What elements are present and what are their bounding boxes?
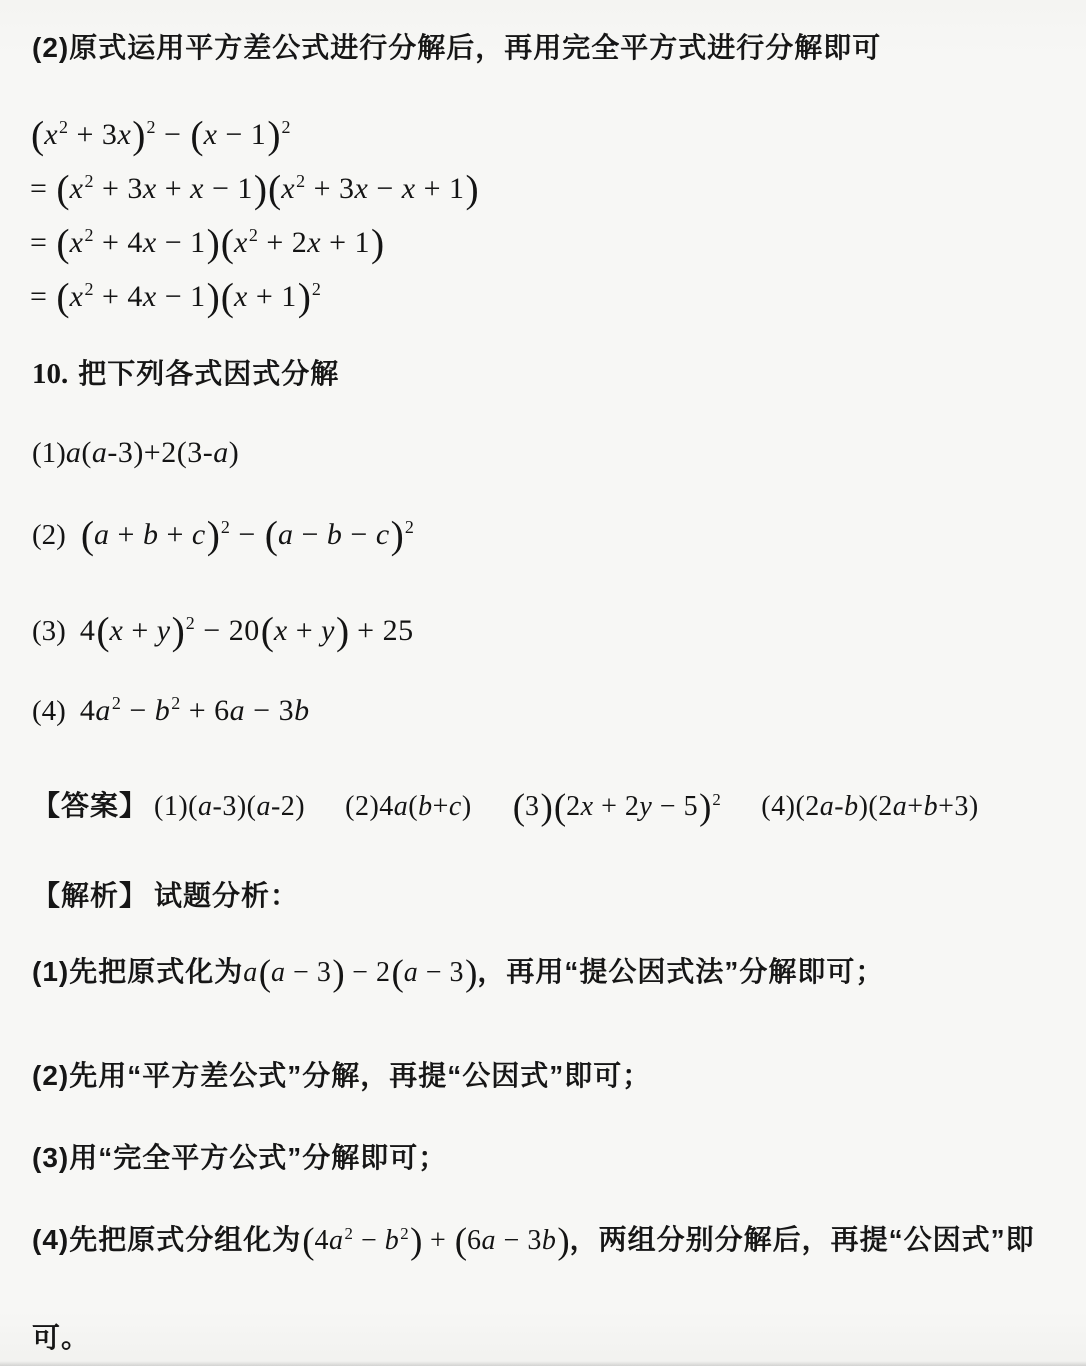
worksheet-page: (2)原式运用平方差公式进行分解后，再用完全平方式进行分解即可 (x2 + 3x…	[0, 0, 1086, 1366]
analysis1-text-post: ，再用“提公因式法”分解即可；	[477, 956, 884, 987]
analysis-line-2: (2)先用“平方差公式”分解，再提“公因式”即可；	[32, 1054, 651, 1094]
analysis4-text-post: ，两组分别分解后，再提“公因式”即	[570, 1224, 1035, 1255]
problem10-item-4: (4)4a2 − b2 + 6a − 3b	[32, 694, 310, 728]
answer-item-1: (1)(a-3)(a-2)	[154, 791, 305, 822]
analysis-line-4: (4)先把原式分组化为(4a2 − b2) + (6a − 3b)，两组分别分解…	[32, 1218, 1035, 1262]
analysis-line-1: (1)先把原式化为a(a − 3) − 2(a − 3)，再用“提公因式法”分解…	[32, 950, 884, 994]
analysis4-text-pre: (4)先把原式分组化为	[32, 1224, 301, 1255]
analysis-subtitle: 试题分析：	[154, 880, 299, 911]
page-bottom-edge	[0, 1361, 1086, 1366]
analysis-label: 【解析】	[32, 880, 148, 911]
problem10-title: 把下列各式因式分解	[78, 358, 339, 389]
solution2-step-2: = (x2 + 4x − 1)(x2 + 2x + 1)	[30, 220, 384, 266]
analysis4-math: (4a2 − b2) + (6a − 3b)	[301, 1225, 569, 1256]
item3-number: (3)	[32, 615, 66, 647]
answer-line: 【答案】(1)(a-3)(a-2)(2)4a(b+c)(3)(2x + 2y −…	[32, 784, 979, 828]
item2-number: (2)	[32, 519, 66, 551]
analysis-line-5: 可。	[32, 1316, 90, 1356]
solution2-step-3: = (x2 + 4x − 1)(x + 1)2	[30, 274, 321, 320]
problem10-item-2: (2)(a + b + c)2 − (a − b − c)2	[32, 512, 414, 558]
problem10-item-1: (1)a(a-3)+2(3-a)	[32, 436, 239, 470]
item4-number: (4)	[32, 695, 66, 727]
analysis1-math: a(a − 3) − 2(a − 3)	[243, 957, 477, 988]
item2-expression: (a + b + c)2 − (a − b − c)2	[80, 518, 415, 551]
answer-item-3: (3)(2x + 2y − 5)2	[512, 791, 722, 822]
problem10-number: 10.	[32, 358, 68, 390]
analysis-line-3: (3)用“完全平方公式”分解即可；	[32, 1136, 447, 1176]
solution2-step-1: = (x2 + 3x + x − 1)(x2 + 3x − x + 1)	[30, 166, 479, 212]
item1-number: (1)	[32, 437, 66, 469]
solution2-expression: (x2 + 3x)2 − (x − 1)2	[30, 112, 291, 158]
answer-item-4: (4)(2a-b)(2a+b+3)	[761, 791, 978, 822]
analysis-heading: 【解析】试题分析：	[32, 874, 299, 914]
solution2-intro: (2)原式运用平方差公式进行分解后，再用完全平方式进行分解即可	[32, 26, 881, 66]
problem10-item-3: (3)4(x + y)2 − 20(x + y) + 25	[32, 608, 414, 654]
item4-expression: 4a2 − b2 + 6a − 3b	[80, 694, 310, 727]
analysis1-text-pre: (1)先把原式化为	[32, 956, 243, 987]
item3-expression: 4(x + y)2 − 20(x + y) + 25	[80, 614, 414, 647]
item1-expression: a(a-3)+2(3-a)	[66, 436, 239, 469]
answer-item-2: (2)4a(b+c)	[345, 791, 472, 822]
problem10-heading: 10.把下列各式因式分解	[32, 352, 339, 392]
answer-label: 【答案】	[32, 790, 148, 821]
